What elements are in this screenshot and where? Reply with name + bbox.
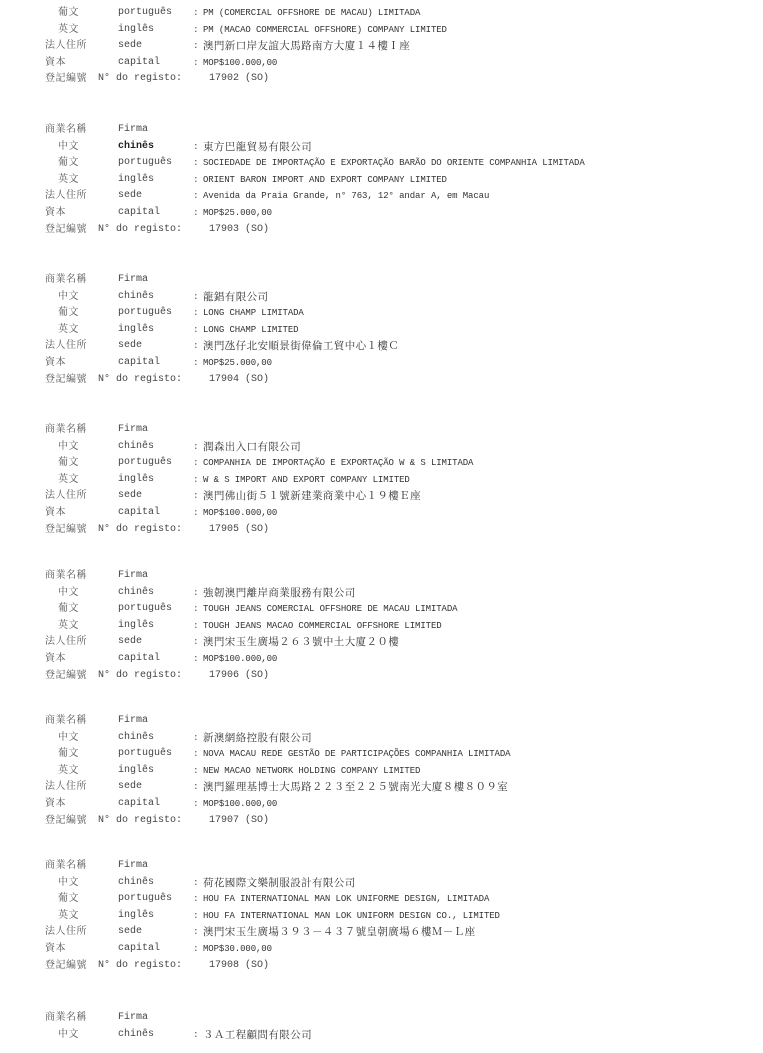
capital-row: 資本 capital : MOP$25.000,00 — [0, 355, 763, 372]
sede-row: 法人住所 sede : 澳門宋玉生廣場２６３號中土大廈２０樓 — [0, 634, 763, 651]
capital-label-pt: capital — [118, 505, 160, 522]
registo-label-zh: 登記編號 — [45, 522, 87, 539]
firma-row: 商業名稱 Firma — [0, 568, 763, 585]
firma-row: 商業名稱 Firma — [0, 272, 763, 289]
colon: : — [193, 289, 199, 306]
registo-number: 17906 (SO) — [209, 668, 269, 685]
english-label-zh: 英文 — [58, 472, 79, 489]
sede-value: 澳門新口岸友誼大馬路南方大廈１４樓Ｉ座 — [203, 38, 410, 55]
registo-label-pt: N° do registo: — [98, 958, 182, 975]
chinese-row: 中文 chinês : ３Ａ工程顧問有限公司 — [0, 1027, 763, 1044]
colon: : — [193, 505, 199, 522]
firma-row: 商業名稱 Firma — [0, 713, 763, 730]
colon: : — [193, 172, 199, 189]
english-row: 英文 inglês : NEW MACAO NETWORK HOLDING CO… — [0, 763, 763, 780]
portuguese-row: 葡文 português : COMPANHIA DE IMPORTAÇÃO E… — [0, 455, 763, 472]
portuguese-row: 葡文 português : HOU FA INTERNATIONAL MAN … — [0, 891, 763, 908]
chinese-label-pt: chinês — [118, 289, 154, 306]
colon: : — [193, 55, 199, 72]
colon: : — [193, 355, 199, 372]
capital-label-zh: 資本 — [45, 355, 66, 372]
colon: : — [193, 891, 199, 908]
portuguese-label-pt: português — [118, 5, 172, 22]
chinese-label-zh: 中文 — [58, 875, 79, 892]
firma-label-pt: Firma — [118, 1010, 148, 1027]
portuguese-label-pt: português — [118, 601, 172, 618]
capital-value: MOP$100.000,00 — [203, 505, 277, 522]
sede-row: 法人住所 sede : 澳門新口岸友誼大馬路南方大廈１４樓Ｉ座 — [0, 38, 763, 55]
colon: : — [193, 338, 199, 355]
registo-label-pt: N° do registo: — [98, 222, 182, 239]
registry-entry: 商業名稱 Firma 中文 chinês : 荷花國際文樂制服設計有限公司 葡文… — [0, 858, 763, 974]
registo-label-zh: 登記編號 — [45, 222, 87, 239]
chinese-label-pt: chinês — [118, 730, 154, 747]
chinese-label-zh: 中文 — [58, 730, 79, 747]
capital-label-zh: 資本 — [45, 55, 66, 72]
sede-label-zh: 法人住所 — [45, 338, 87, 355]
registry-page: 葡文 português : PM (COMERCIAL OFFSHORE DE… — [0, 0, 763, 1053]
firma-label-zh: 商業名稱 — [45, 422, 87, 439]
chinese-row: 中文 chinês : 東方巴龍貿易有限公司 — [0, 139, 763, 156]
capital-label-pt: capital — [118, 355, 160, 372]
capital-label-zh: 資本 — [45, 796, 66, 813]
chinese-label-zh: 中文 — [58, 585, 79, 602]
sede-row: 法人住所 sede : 澳門氹仔北安順景街偉倫工貿中心１樓Ｃ — [0, 338, 763, 355]
registo-row: 登記編號 N° do registo: 17905 (SO) — [0, 522, 763, 539]
sede-row: 法人住所 sede : 澳門佛山街５１號新建業商業中心１９樓Ｅ座 — [0, 488, 763, 505]
sede-value: 澳門佛山街５１號新建業商業中心１９樓Ｅ座 — [203, 488, 421, 505]
colon: : — [193, 439, 199, 456]
capital-row: 資本 capital : MOP$100.000,00 — [0, 55, 763, 72]
chinese-label-pt: chinês — [118, 585, 154, 602]
registo-label-zh: 登記編號 — [45, 958, 87, 975]
firma-label-pt: Firma — [118, 858, 148, 875]
chinese-label-pt: chinês — [118, 139, 154, 156]
colon: : — [193, 908, 199, 925]
colon: : — [193, 155, 199, 172]
colon: : — [193, 746, 199, 763]
capital-label-pt: capital — [118, 651, 160, 668]
registo-label-zh: 登記編號 — [45, 372, 87, 389]
chinese-name: 潤森出入口有限公司 — [203, 439, 301, 456]
sede-value: 澳門宋玉生廣場３９３－４３７號皇朝廣場６樓Ｍ－Ｌ座 — [203, 924, 476, 941]
firma-label-zh: 商業名稱 — [45, 272, 87, 289]
english-row: 英文 inglês : PM (MACAO COMMERCIAL OFFSHOR… — [0, 22, 763, 39]
portuguese-label-pt: português — [118, 746, 172, 763]
capital-value: MOP$30.000,00 — [203, 941, 272, 958]
capital-value: MOP$100.000,00 — [203, 651, 277, 668]
chinese-label-pt: chinês — [118, 1027, 154, 1044]
english-name: NEW MACAO NETWORK HOLDING COMPANY LIMITE… — [203, 763, 420, 780]
registo-number: 17905 (SO) — [209, 522, 269, 539]
portuguese-label-zh: 葡文 — [58, 305, 79, 322]
sede-label-pt: sede — [118, 338, 142, 355]
portuguese-row: 葡文 português : NOVA MACAU REDE GESTÃO DE… — [0, 746, 763, 763]
capital-label-zh: 資本 — [45, 651, 66, 668]
firma-label-pt: Firma — [118, 568, 148, 585]
colon: : — [193, 601, 199, 618]
sede-row: 法人住所 sede : 澳門宋玉生廣場３９３－４３７號皇朝廣場６樓Ｍ－Ｌ座 — [0, 924, 763, 941]
registo-label-zh: 登記編號 — [45, 668, 87, 685]
firma-label-zh: 商業名稱 — [45, 1010, 87, 1027]
portuguese-name: TOUGH JEANS COMERCIAL OFFSHORE DE MACAU … — [203, 601, 457, 618]
colon: : — [193, 305, 199, 322]
sede-label-pt: sede — [118, 779, 142, 796]
colon: : — [193, 455, 199, 472]
chinese-row: 中文 chinês : 潤森出入口有限公司 — [0, 439, 763, 456]
chinese-name: ３Ａ工程顧問有限公司 — [203, 1027, 312, 1044]
sede-value: 澳門宋玉生廣場２６３號中土大廈２０樓 — [203, 634, 399, 651]
english-label-pt: inglês — [118, 908, 154, 925]
colon: : — [193, 139, 199, 156]
chinese-label-zh: 中文 — [58, 139, 79, 156]
sede-value: 澳門羅理基博士大馬路２２３至２２５號南光大廈８樓８０９室 — [203, 779, 508, 796]
colon: : — [193, 796, 199, 813]
english-name: TOUGH JEANS MACAO COMMERCIAL OFFSHORE LI… — [203, 618, 442, 635]
sede-label-pt: sede — [118, 488, 142, 505]
english-label-zh: 英文 — [58, 618, 79, 635]
capital-row: 資本 capital : MOP$100.000,00 — [0, 505, 763, 522]
capital-label-zh: 資本 — [45, 205, 66, 222]
firma-label-zh: 商業名稱 — [45, 568, 87, 585]
english-row: 英文 inglês : TOUGH JEANS MACAO COMMERCIAL… — [0, 618, 763, 635]
registo-row: 登記編號 N° do registo: 17903 (SO) — [0, 222, 763, 239]
colon: : — [193, 634, 199, 651]
capital-value: MOP$25.000,00 — [203, 355, 272, 372]
portuguese-label-zh: 葡文 — [58, 601, 79, 618]
firma-row: 商業名稱 Firma — [0, 422, 763, 439]
capital-label-zh: 資本 — [45, 941, 66, 958]
sede-value: 澳門氹仔北安順景街偉倫工貿中心１樓Ｃ — [203, 338, 399, 355]
chinese-name: 荷花國際文樂制服設計有限公司 — [203, 875, 356, 892]
capital-value: MOP$100.000,00 — [203, 796, 277, 813]
registo-row: 登記編號 N° do registo: 17906 (SO) — [0, 668, 763, 685]
firma-label-pt: Firma — [118, 713, 148, 730]
registry-entry-17902: 葡文 português : PM (COMERCIAL OFFSHORE DE… — [0, 5, 763, 88]
chinese-row: 中文 chinês : 龍錩有限公司 — [0, 289, 763, 306]
colon: : — [193, 651, 199, 668]
firma-label-zh: 商業名稱 — [45, 122, 87, 139]
colon: : — [193, 1027, 199, 1044]
colon: : — [193, 488, 199, 505]
firma-label-pt: Firma — [118, 272, 148, 289]
colon: : — [193, 38, 199, 55]
registo-number: 17907 (SO) — [209, 813, 269, 830]
portuguese-name: SOCIEDADE DE IMPORTAÇÃO E EXPORTAÇÃO BAR… — [203, 155, 585, 172]
english-row: 英文 inglês : LONG CHAMP LIMITED — [0, 322, 763, 339]
chinese-name: 強韌澳門離岸商業服務有限公司 — [203, 585, 356, 602]
portuguese-label-pt: português — [118, 305, 172, 322]
chinese-name: 龍錩有限公司 — [203, 289, 268, 306]
registo-number: 17902 (SO) — [209, 71, 269, 88]
sede-label-zh: 法人住所 — [45, 924, 87, 941]
sede-label-zh: 法人住所 — [45, 634, 87, 651]
colon: : — [193, 618, 199, 635]
firma-label-pt: Firma — [118, 422, 148, 439]
colon: : — [193, 763, 199, 780]
capital-value: MOP$100.000,00 — [203, 55, 277, 72]
capital-row: 資本 capital : MOP$25.000,00 — [0, 205, 763, 222]
colon: : — [193, 322, 199, 339]
english-name: W & S IMPORT AND EXPORT COMPANY LIMITED — [203, 472, 410, 489]
portuguese-name: HOU FA INTERNATIONAL MAN LOK UNIFORME DE… — [203, 891, 489, 908]
chinese-row: 中文 chinês : 新澳網絡控股有限公司 — [0, 730, 763, 747]
english-name: ORIENT BARON IMPORT AND EXPORT COMPANY L… — [203, 172, 447, 189]
english-label-zh: 英文 — [58, 322, 79, 339]
registo-label-pt: N° do registo: — [98, 813, 182, 830]
registo-number: 17908 (SO) — [209, 958, 269, 975]
capital-label-zh: 資本 — [45, 505, 66, 522]
colon: : — [193, 779, 199, 796]
sede-label-pt: sede — [118, 38, 142, 55]
capital-label-pt: capital — [118, 941, 160, 958]
english-label-pt: inglês — [118, 472, 154, 489]
chinese-label-zh: 中文 — [58, 289, 79, 306]
chinese-label-pt: chinês — [118, 439, 154, 456]
registo-label-pt: N° do registo: — [98, 522, 182, 539]
capital-label-pt: capital — [118, 205, 160, 222]
registo-number: 17904 (SO) — [209, 372, 269, 389]
sede-row: 法人住所 sede : 澳門羅理基博士大馬路２２３至２２５號南光大廈８樓８０９室 — [0, 779, 763, 796]
english-name: HOU FA INTERNATIONAL MAN LOK UNIFORM DES… — [203, 908, 500, 925]
portuguese-name: COMPANHIA DE IMPORTAÇÃO E EXPORTAÇÃO W &… — [203, 455, 473, 472]
portuguese-label-pt: português — [118, 455, 172, 472]
capital-label-pt: capital — [118, 55, 160, 72]
chinese-row: 中文 chinês : 荷花國際文樂制服設計有限公司 — [0, 875, 763, 892]
portuguese-row: 葡文 português : LONG CHAMP LIMITADA — [0, 305, 763, 322]
portuguese-label-zh: 葡文 — [58, 155, 79, 172]
chinese-name: 新澳網絡控股有限公司 — [203, 730, 312, 747]
sede-label-pt: sede — [118, 924, 142, 941]
registo-label-zh: 登記編號 — [45, 813, 87, 830]
registry-entry-trailing: 商業名稱 Firma 中文 chinês : ３Ａ工程顧問有限公司 — [0, 1010, 763, 1043]
colon: : — [193, 205, 199, 222]
chinese-label-zh: 中文 — [58, 439, 79, 456]
colon: : — [193, 924, 199, 941]
registo-row: 登記編號 N° do registo: 17904 (SO) — [0, 372, 763, 389]
capital-row: 資本 capital : MOP$100.000,00 — [0, 651, 763, 668]
portuguese-row: 葡文 português : PM (COMERCIAL OFFSHORE DE… — [0, 5, 763, 22]
registo-label-pt: N° do registo: — [98, 372, 182, 389]
english-label-zh: 英文 — [58, 172, 79, 189]
registry-entry: 商業名稱 Firma 中文 chinês : 東方巴龍貿易有限公司 葡文 por… — [0, 122, 763, 238]
english-label-pt: inglês — [118, 618, 154, 635]
portuguese-label-pt: português — [118, 155, 172, 172]
sede-label-pt: sede — [118, 188, 142, 205]
english-label-zh: 英文 — [58, 22, 79, 39]
portuguese-label-zh: 葡文 — [58, 5, 79, 22]
colon: : — [193, 875, 199, 892]
sede-row: 法人住所 sede : Avenida da Praia Grande, n° … — [0, 188, 763, 205]
colon: : — [193, 22, 199, 39]
registry-entry: 商業名稱 Firma 中文 chinês : 龍錩有限公司 葡文 portugu… — [0, 272, 763, 388]
portuguese-label-zh: 葡文 — [58, 455, 79, 472]
english-label-pt: inglês — [118, 322, 154, 339]
english-label-zh: 英文 — [58, 763, 79, 780]
english-label-pt: inglês — [118, 763, 154, 780]
colon: : — [193, 585, 199, 602]
registo-row: 登記編號 N° do registo: 17907 (SO) — [0, 813, 763, 830]
english-row: 英文 inglês : ORIENT BARON IMPORT AND EXPO… — [0, 172, 763, 189]
capital-label-pt: capital — [118, 796, 160, 813]
portuguese-label-pt: português — [118, 891, 172, 908]
portuguese-name: NOVA MACAU REDE GESTÃO DE PARTICIPAÇÕES … — [203, 746, 510, 763]
capital-value: MOP$25.000,00 — [203, 205, 272, 222]
english-label-pt: inglês — [118, 22, 154, 39]
registry-entry: 商業名稱 Firma 中文 chinês : 潤森出入口有限公司 葡文 port… — [0, 422, 763, 538]
sede-label-zh: 法人住所 — [45, 38, 87, 55]
sede-label-zh: 法人住所 — [45, 188, 87, 205]
registry-entry: 商業名稱 Firma 中文 chinês : 新澳網絡控股有限公司 葡文 por… — [0, 713, 763, 829]
english-row: 英文 inglês : HOU FA INTERNATIONAL MAN LOK… — [0, 908, 763, 925]
colon: : — [193, 472, 199, 489]
portuguese-name: LONG CHAMP LIMITADA — [203, 305, 304, 322]
sede-label-zh: 法人住所 — [45, 488, 87, 505]
capital-row: 資本 capital : MOP$100.000,00 — [0, 796, 763, 813]
firma-row: 商業名稱 Firma — [0, 858, 763, 875]
chinese-label-pt: chinês — [118, 875, 154, 892]
sede-value: Avenida da Praia Grande, n° 763, 12° and… — [203, 188, 489, 205]
colon: : — [193, 730, 199, 747]
firma-label-zh: 商業名稱 — [45, 858, 87, 875]
english-label-zh: 英文 — [58, 908, 79, 925]
firma-label-pt: Firma — [118, 122, 148, 139]
registry-entry: 商業名稱 Firma 中文 chinês : 強韌澳門離岸商業服務有限公司 葡文… — [0, 568, 763, 684]
registo-row: 登記編號 N° do registo: 17908 (SO) — [0, 958, 763, 975]
firma-row: 商業名稱 Firma — [0, 122, 763, 139]
sede-label-zh: 法人住所 — [45, 779, 87, 796]
sede-label-pt: sede — [118, 634, 142, 651]
registo-label-pt: N° do registo: — [98, 71, 182, 88]
portuguese-row: 葡文 português : SOCIEDADE DE IMPORTAÇÃO E… — [0, 155, 763, 172]
firma-label-zh: 商業名稱 — [45, 713, 87, 730]
english-row: 英文 inglês : W & S IMPORT AND EXPORT COMP… — [0, 472, 763, 489]
firma-row: 商業名稱 Firma — [0, 1010, 763, 1027]
registo-label-zh: 登記編號 — [45, 71, 87, 88]
colon: : — [193, 941, 199, 958]
registo-row: 登記編號 N° do registo: 17902 (SO) — [0, 71, 763, 88]
portuguese-name: PM (COMERCIAL OFFSHORE DE MACAU) LIMITAD… — [203, 5, 420, 22]
english-name: LONG CHAMP LIMITED — [203, 322, 298, 339]
chinese-name: 東方巴龍貿易有限公司 — [203, 139, 312, 156]
registo-label-pt: N° do registo: — [98, 668, 182, 685]
colon: : — [193, 188, 199, 205]
english-name: PM (MACAO COMMERCIAL OFFSHORE) COMPANY L… — [203, 22, 447, 39]
portuguese-row: 葡文 português : TOUGH JEANS COMERCIAL OFF… — [0, 601, 763, 618]
english-label-pt: inglês — [118, 172, 154, 189]
registo-number: 17903 (SO) — [209, 222, 269, 239]
portuguese-label-zh: 葡文 — [58, 891, 79, 908]
chinese-row: 中文 chinês : 強韌澳門離岸商業服務有限公司 — [0, 585, 763, 602]
capital-row: 資本 capital : MOP$30.000,00 — [0, 941, 763, 958]
colon: : — [193, 5, 199, 22]
portuguese-label-zh: 葡文 — [58, 746, 79, 763]
chinese-label-zh: 中文 — [58, 1027, 79, 1044]
